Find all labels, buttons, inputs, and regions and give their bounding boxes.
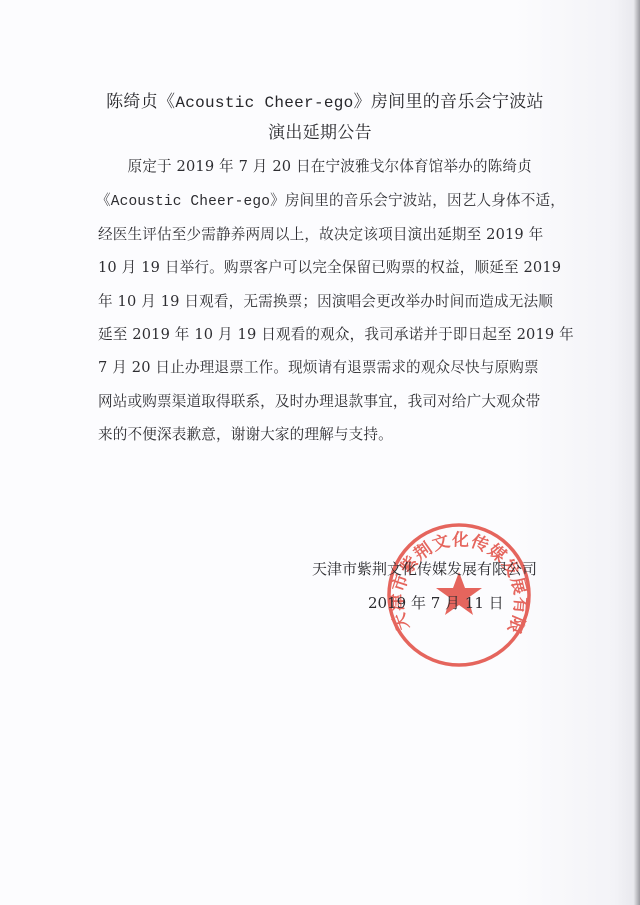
signature-company: 天津市紫荆文化传媒发展有限公司 xyxy=(312,558,537,579)
body-line: 经医生评估至少需静养两周以上，故决定该项目演出延期至 2019 年 xyxy=(98,223,553,244)
document-title-line2: 演出延期公告 xyxy=(0,118,640,143)
body-line: 7 月 20 日止办理退票工作。现烦请有退票需求的观众尽快与原购票 xyxy=(98,356,553,377)
body-line: 原定于 2019 年 7 月 20 日在宁波雅戈尔体育馆举办的陈绮贞 xyxy=(98,155,553,176)
body-text: 延至 2019 年 10 月 19 日观看的观众，我司承诺并于即日起至 2019… xyxy=(98,326,574,343)
body-text: 》房间里的音乐会宁波站，因艺人身体不适， xyxy=(270,192,565,209)
body-text: 来的不便深表歉意，谢谢大家的理解与支持。 xyxy=(98,426,393,443)
body-text: 原定于 2019 年 7 月 20 日在宁波雅戈尔体育馆举办的陈绮贞 xyxy=(98,158,532,175)
title-suffix: 》房间里的音乐会宁波站 xyxy=(354,92,544,112)
signature-date: 2019 年 7 月 11 日 xyxy=(368,592,504,613)
body-line: 10 月 19 日举行。购票客户可以完全保留已购票的权益，顺延至 2019 xyxy=(98,256,553,277)
body-text: 10 月 19 日举行。购票客户可以完全保留已购票的权益，顺延至 2019 xyxy=(98,259,561,276)
body-line: 延至 2019 年 10 月 19 日观看的观众，我司承诺并于即日起至 2019… xyxy=(98,323,553,344)
body-line: 《Acoustic Cheer-ego》房间里的音乐会宁波站，因艺人身体不适， xyxy=(96,189,551,210)
title-prefix: 陈绮贞《 xyxy=(106,92,175,112)
body-text: 网站或购票渠道取得联系，及时办理退款事宜，我司对给广大观众带 xyxy=(98,393,540,410)
body-album-name: Acoustic Cheer-ego xyxy=(111,194,270,210)
title-album-name: Acoustic Cheer-ego xyxy=(175,94,353,112)
body-text: 经医生评估至少需静养两周以上，故决定该项目演出延期至 2019 年 xyxy=(98,226,543,243)
document-title-line1: 陈绮贞《Acoustic Cheer-ego》房间里的音乐会宁波站 xyxy=(5,87,640,112)
body-line: 网站或购票渠道取得联系，及时办理退款事宜，我司对给广大观众带 xyxy=(98,390,553,411)
body-text: 《 xyxy=(96,192,111,209)
body-line: 来的不便深表歉意，谢谢大家的理解与支持。 xyxy=(98,423,553,444)
body-text: 年 10 月 19 日观看，无需换票；因演唱会更改举办时间而造成无法顺 xyxy=(98,293,553,310)
document-page: 陈绮贞《Acoustic Cheer-ego》房间里的音乐会宁波站 演出延期公告… xyxy=(0,0,640,905)
body-line: 年 10 月 19 日观看，无需换票；因演唱会更改举办时间而造成无法顺 xyxy=(98,290,553,311)
body-text: 7 月 20 日止办理退票工作。现烦请有退票需求的观众尽快与原购票 xyxy=(98,359,539,376)
